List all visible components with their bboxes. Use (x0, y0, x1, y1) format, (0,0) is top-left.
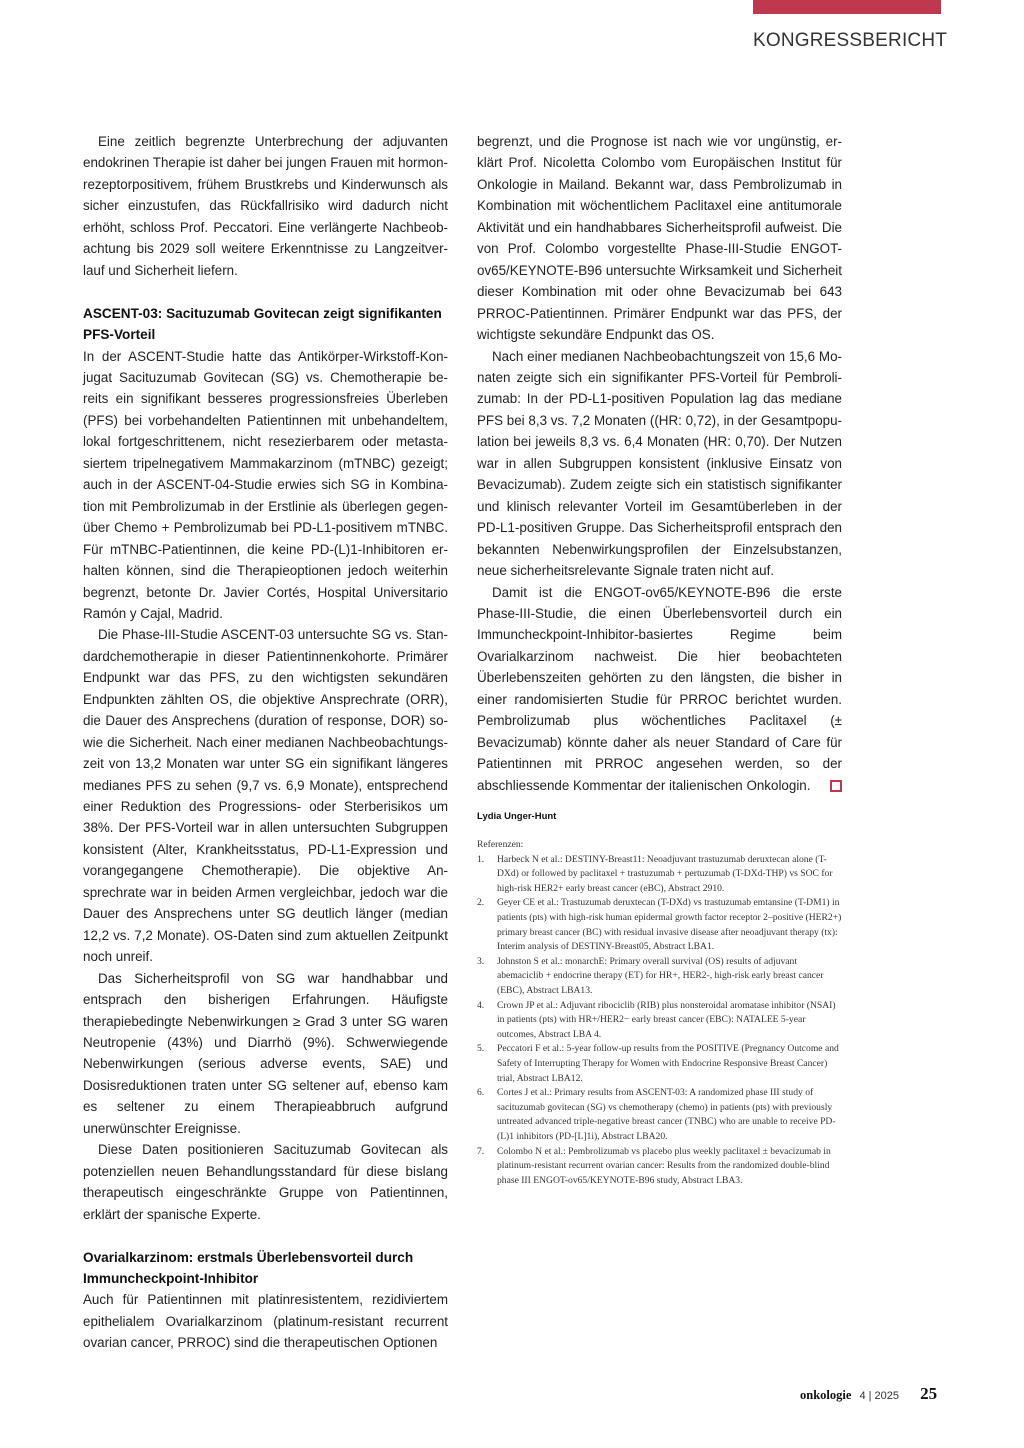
reference-text: Cortes J et al.: Primary results from AS… (497, 1087, 836, 1142)
reference-item: 2.Geyer CE et al.: Trastuzumab deruxteca… (477, 896, 842, 954)
references-list: 1.Harbeck N et al.: DESTINY-Breast11: Ne… (477, 853, 842, 1189)
paragraph: Diese Daten positionieren Sacituzumab Go… (83, 1139, 448, 1225)
reference-text: Colombo N et al.: Pembrolizumab vs place… (497, 1146, 831, 1186)
paragraph-text: Damit ist die ENGOT-ov65/KEYNOTE-B96 die… (477, 585, 842, 793)
section-label: KONGRESSBERICHT (753, 30, 947, 52)
reference-item: 1.Harbeck N et al.: DESTINY-Breast11: Ne… (477, 853, 842, 897)
reference-number: 7. (477, 1145, 484, 1160)
reference-number: 1. (477, 853, 484, 868)
paragraph: Die Phase-III-Studie ASCENT-03 untersuch… (83, 624, 448, 967)
paragraph: Das Sicherheitsprofil von SG war handhab… (83, 968, 448, 1140)
issue-number: 4 | 2025 (859, 1390, 899, 1402)
reference-text: Geyer CE et al.: Trastuzumab deruxtecan … (497, 897, 841, 952)
journal-name: onkologie (800, 1388, 851, 1402)
reference-number: 3. (477, 955, 484, 970)
reference-item: 6.Cortes J et al.: Primary results from … (477, 1086, 842, 1144)
section-heading: Ovarialkarzinom: erstmals Überlebensvort… (83, 1247, 448, 1290)
author-name: Lydia Unger-Hunt (477, 810, 842, 824)
paragraph-final: Damit ist die ENGOT-ov65/KEYNOTE-B96 die… (477, 582, 842, 797)
paragraph: In der ASCENT-Studie hatte das Antikörpe… (83, 346, 448, 625)
reference-text: Johnston S et al.: monarchE: Primary ove… (497, 956, 823, 996)
page-footer: onkologie 4 | 2025 25 (800, 1384, 937, 1404)
paragraph: Eine zeitlich begrenzte Unterbrechung de… (83, 131, 448, 281)
paragraph: Nach einer medianen Nachbeobachtungszeit… (477, 346, 842, 582)
reference-item: 7.Colombo N et al.: Pembrolizumab vs pla… (477, 1145, 842, 1189)
reference-text: Harbeck N et al.: DESTINY-Breast11: Neoa… (497, 854, 833, 894)
reference-item: 4.Crown JP et al.: Adjuvant ribociclib (… (477, 999, 842, 1043)
right-column: begrenzt, und die Prognose ist nach wie … (477, 131, 842, 1188)
paragraph: Auch für Patientinnen mit platinresisten… (83, 1289, 448, 1353)
reference-text: Peccatori F et al.: 5-year follow-up res… (497, 1043, 839, 1083)
page-number: 25 (920, 1384, 937, 1403)
paragraph: begrenzt, und die Prognose ist nach wie … (477, 131, 842, 346)
reference-text: Crown JP et al.: Adjuvant ribociclib (RI… (497, 1000, 836, 1040)
end-of-article-icon (830, 780, 842, 792)
references-title: Referenzen: (477, 838, 842, 853)
reference-number: 6. (477, 1086, 484, 1101)
references: Referenzen: 1.Harbeck N et al.: DESTINY-… (477, 838, 842, 1188)
reference-item: 3.Johnston S et al.: monarchE: Primary o… (477, 955, 842, 999)
section-heading: ASCENT-03: Sacituzumab Govitecan zeigt s… (83, 303, 448, 346)
reference-number: 4. (477, 999, 484, 1014)
left-column: Eine zeitlich begrenzte Unterbrechung de… (83, 131, 448, 1354)
reference-number: 5. (477, 1042, 484, 1057)
header-accent-bar (753, 0, 941, 14)
reference-number: 2. (477, 896, 484, 911)
reference-item: 5.Peccatori F et al.: 5-year follow-up r… (477, 1042, 842, 1086)
